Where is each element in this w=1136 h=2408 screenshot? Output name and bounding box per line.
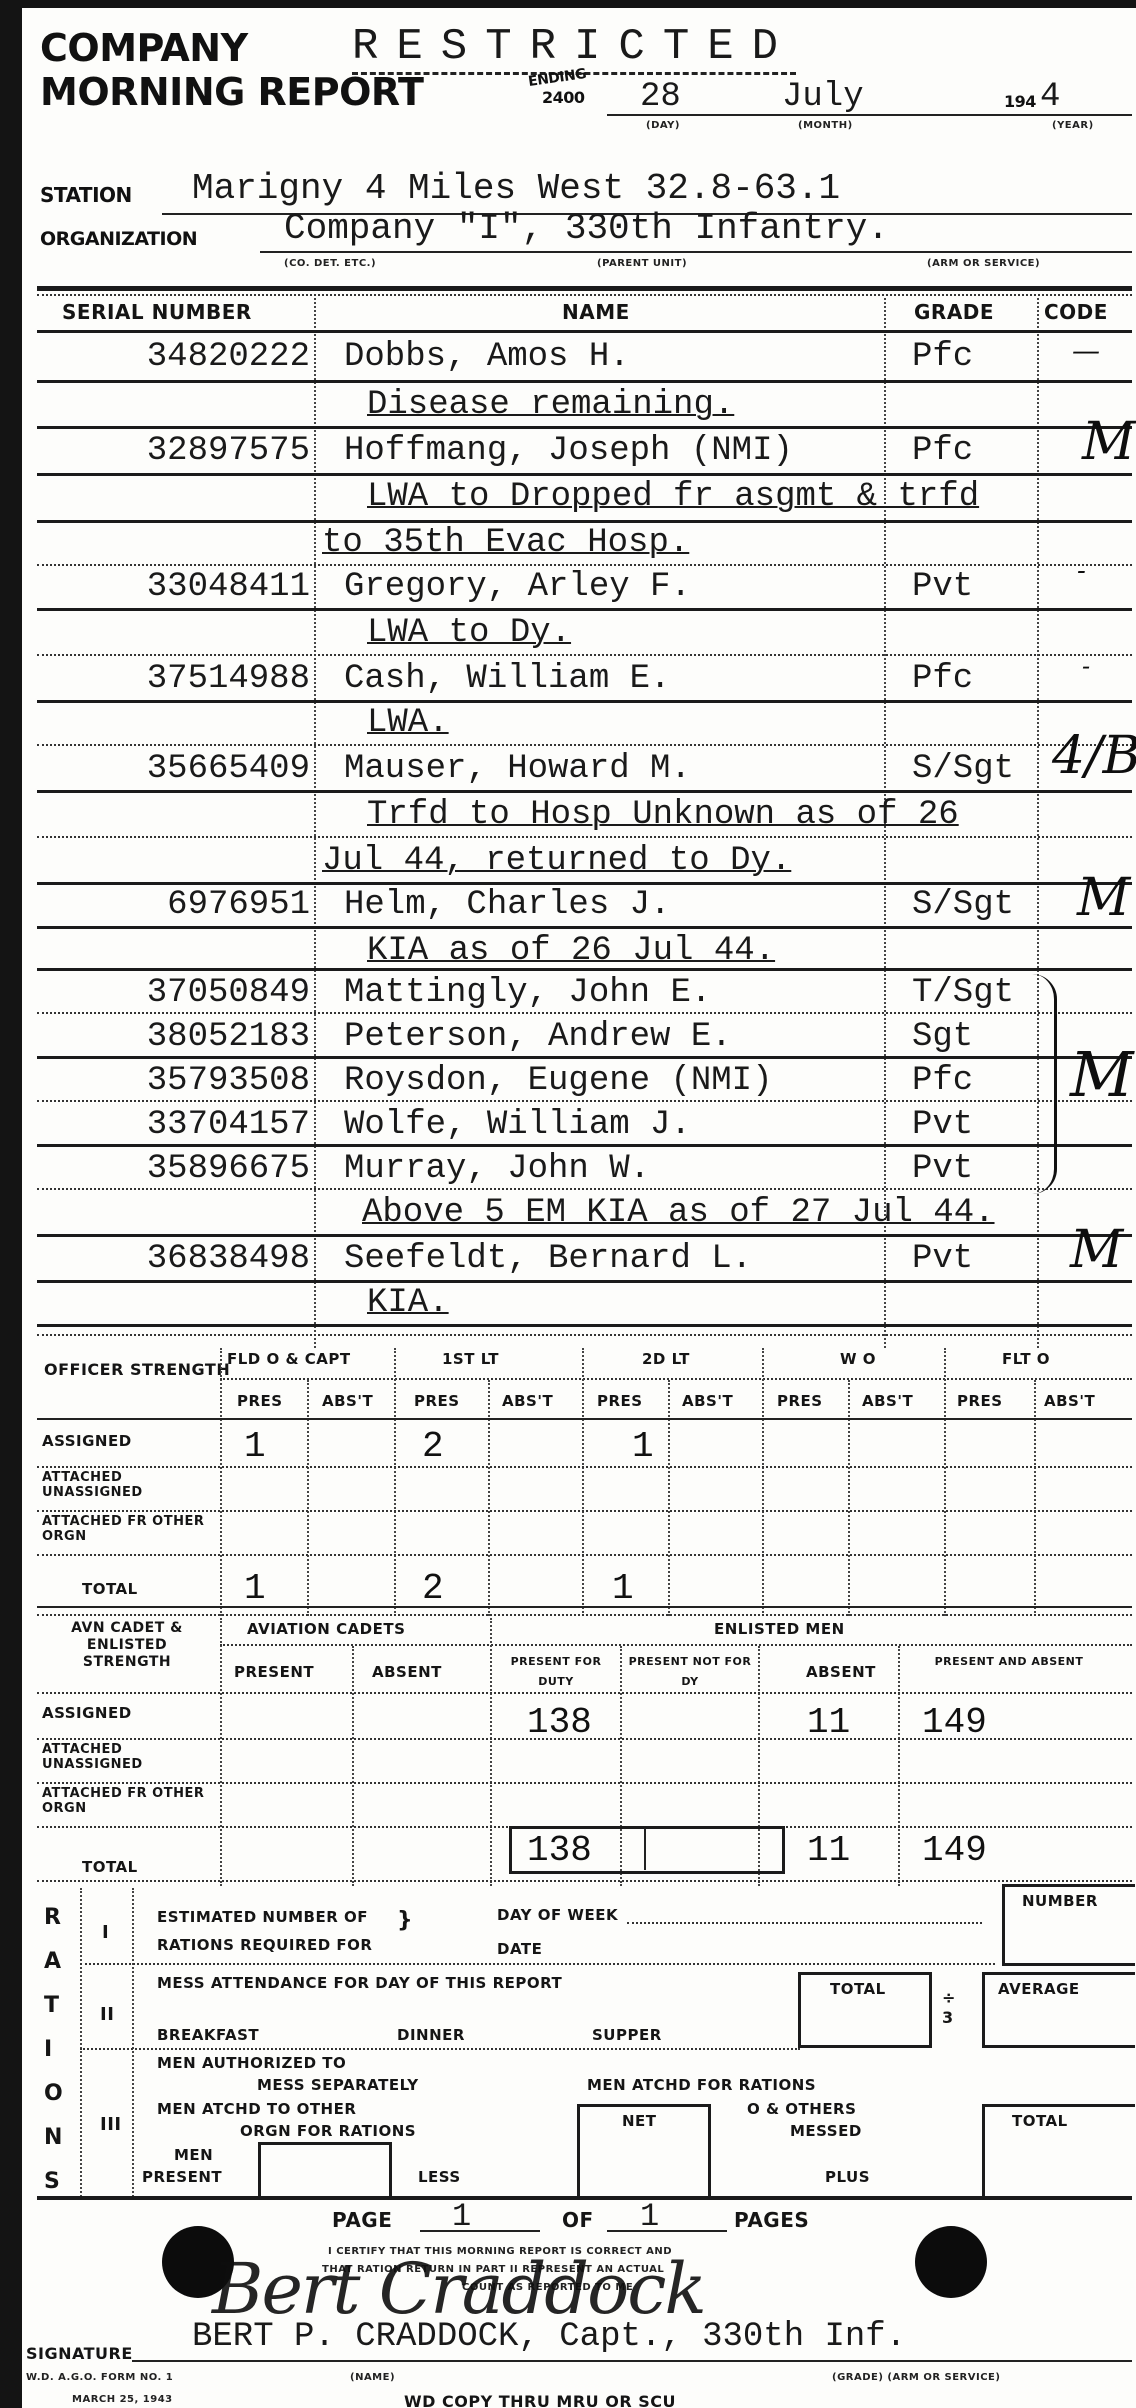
divisor: 3: [942, 2008, 954, 2027]
soldier-name: Peterson, Andrew E.: [344, 1018, 732, 1056]
cell-absent-total: 11: [807, 1830, 850, 1871]
grade: Sgt: [912, 1018, 973, 1056]
serial-number: 35665409: [80, 750, 310, 788]
enlisted-strength-title: AVN CADET & ENLISTED STRENGTH: [42, 1620, 212, 1671]
caption-grade-arm: (GRADE) (ARM OR SERVICE): [832, 2372, 1000, 2383]
code-mark: 4/B: [1052, 726, 1136, 786]
remark-line: Disease remaining.: [367, 386, 734, 424]
serial-number: 33704157: [80, 1106, 310, 1144]
serial-number: 37050849: [80, 974, 310, 1012]
row-label-total: TOTAL: [82, 1580, 138, 1598]
form-title-morning-report: MORNING REPORT: [40, 70, 423, 114]
serial-number: 37514988: [80, 660, 310, 698]
caption-parent-unit: (PARENT UNIT): [597, 258, 687, 269]
remark-line: Trfd to Hosp Unknown as of 26: [367, 796, 959, 834]
soldier-name: Roysdon, Eugene (NMI): [344, 1062, 772, 1100]
cell-present-for-duty-total: 138: [527, 1830, 592, 1871]
cell-fld-pres-total: 1: [244, 1568, 266, 1609]
cell-1stlt-pres-assigned: 2: [422, 1426, 444, 1467]
serial-number: 32897575: [80, 432, 310, 470]
soldier-name: Mauser, Howard M.: [344, 750, 691, 788]
signature-label: SIGNATURE: [26, 2344, 133, 2363]
grade: T/Sgt: [912, 974, 1014, 1012]
section-ii-numeral: II: [100, 2004, 114, 2025]
code-mark: M: [1070, 1220, 1123, 1280]
signer-typed-name: BERT P. CRADDOCK, Capt., 330th Inf.: [192, 2318, 906, 2356]
subcol-pres: PRES: [957, 1392, 1003, 1410]
report-month: July: [782, 78, 864, 116]
less-label: LESS: [418, 2168, 461, 2186]
serial-number: 35896675: [80, 1150, 310, 1188]
time-label: 2400: [542, 88, 585, 107]
grade: Pvt: [912, 1106, 973, 1144]
report-year-digit: 4: [1040, 78, 1060, 116]
remark-line: to 35th Evac Hosp.: [322, 524, 689, 562]
grade: Pfc: [912, 338, 973, 376]
officer-strength-title: OFFICER STRENGTH: [44, 1360, 214, 1379]
caption-co-det: (CO. DET. ETC.): [284, 258, 376, 269]
others-messed-line1: O & OTHERS: [747, 2100, 856, 2118]
serial-number: 34820222: [80, 338, 310, 376]
remark-line: LWA to Dy.: [367, 614, 571, 652]
estimated-rations-line2: RATIONS REQUIRED FOR: [157, 1936, 372, 1954]
cell-present-for-duty-assigned: 138: [527, 1702, 592, 1743]
subcol-abst: ABS'T: [322, 1392, 373, 1410]
cell-2dlt-pres-assigned: 1: [632, 1426, 654, 1467]
group-code-mark: M: [1070, 1038, 1133, 1111]
grade: Pvt: [912, 568, 973, 606]
soldier-name: Hoffmang, Joseph (NMI): [344, 432, 793, 470]
section-i-numeral: I: [102, 1922, 109, 1943]
station-value: Marigny 4 Miles West 32.8-63.1: [192, 168, 840, 209]
organization-value: Company "I", 330th Infantry.: [284, 208, 889, 249]
average-label: AVERAGE: [998, 1980, 1080, 1998]
of-label: OF: [562, 2208, 594, 2232]
serial-number: 33048411: [80, 568, 310, 606]
supper-label: SUPPER: [592, 2026, 662, 2044]
col-absent: ABSENT: [806, 1663, 876, 1681]
subcol-pres: PRES: [237, 1392, 283, 1410]
year-caption: (YEAR): [1052, 120, 1094, 131]
subcol-abst: ABS'T: [1044, 1392, 1095, 1410]
col-cadets-absent: ABSENT: [372, 1663, 442, 1681]
men-atchd-other-line2: ORGN FOR RATIONS: [240, 2122, 416, 2140]
group-1st-lt: 1ST LT: [442, 1350, 499, 1368]
row-label-total: TOTAL: [82, 1858, 138, 1876]
estimated-rations-line1: ESTIMATED NUMBER OF: [157, 1908, 368, 1926]
men-authorized-line2: MESS SEPARATELY: [257, 2076, 419, 2094]
group-enlisted-men: ENLISTED MEN: [714, 1620, 845, 1638]
cell-present-absent-total: 149: [922, 1830, 987, 1871]
code-mark: -: [1077, 556, 1086, 586]
date-label: DATE: [497, 1940, 542, 1958]
brace-mark: }: [397, 1908, 413, 1933]
soldier-name: Gregory, Arley F.: [344, 568, 691, 606]
group-2d-lt: 2D LT: [642, 1350, 690, 1368]
day-caption: (DAY): [646, 120, 680, 131]
soldier-name: Murray, John W.: [344, 1150, 650, 1188]
year-prefix: 194: [1004, 92, 1036, 111]
punch-hole-right: [915, 2226, 987, 2298]
serial-number: 36838498: [80, 1240, 310, 1278]
dinner-label: DINNER: [397, 2026, 465, 2044]
row-label-assigned: ASSIGNED: [42, 1432, 132, 1450]
col-header-grade: GRADE: [914, 300, 994, 324]
form-date: MARCH 25, 1943: [72, 2394, 173, 2405]
rations-total-label: TOTAL: [1012, 2112, 1068, 2130]
serial-number: 6976951: [80, 886, 310, 924]
group-aviation-cadets: AVIATION CADETS: [247, 1620, 405, 1638]
row-label-attached-other: ATTACHED FR OTHER ORGN: [42, 1514, 212, 1544]
soldier-name: Dobbs, Amos H.: [344, 338, 630, 376]
code-mark: -: [1082, 652, 1090, 680]
remark-line: KIA as of 26 Jul 44.: [367, 932, 775, 970]
men-present-box[interactable]: [258, 2142, 392, 2197]
row-label-attached-unassigned: ATTACHED UNASSIGNED: [42, 1742, 212, 1772]
form-title-company: COMPANY: [40, 26, 248, 70]
mess-total-label: TOTAL: [830, 1980, 886, 1998]
soldier-name: Mattingly, John E.: [344, 974, 711, 1012]
page-label: PAGE: [332, 2208, 392, 2232]
code-mark: M: [1082, 412, 1135, 472]
code-mark: —: [1072, 334, 1100, 367]
subcol-abst: ABS'T: [862, 1392, 913, 1410]
subcol-pres: PRES: [597, 1392, 643, 1410]
scan-left-border: [0, 0, 22, 2408]
grade: S/Sgt: [912, 750, 1014, 788]
col-present-and-absent: PRESENT AND ABSENT: [934, 1652, 1084, 1672]
men-authorized-line1: MEN AUTHORIZED TO: [157, 2054, 346, 2072]
col-present-for-duty: PRESENT FOR DUTY: [500, 1652, 612, 1692]
grade: Pvt: [912, 1240, 973, 1278]
caption-arm-service: (ARM OR SERVICE): [927, 258, 1040, 269]
cell-fld-pres-assigned: 1: [244, 1426, 266, 1467]
cell-absent-assigned: 11: [807, 1702, 850, 1743]
men-present-line1: MEN: [174, 2146, 213, 2164]
subcol-pres: PRES: [777, 1392, 823, 1410]
col-cadets-present: PRESENT: [234, 1663, 314, 1681]
group-wo: W O: [840, 1350, 876, 1368]
code-mark: M: [1077, 868, 1130, 928]
remark-line: Jul 44, returned to Dy.: [322, 842, 791, 880]
col-header-code: CODE: [1044, 300, 1108, 324]
soldier-name: Cash, William E.: [344, 660, 670, 698]
pages-label: PAGES: [734, 2208, 809, 2232]
page-number: 1: [452, 2198, 471, 2235]
organization-label: ORGANIZATION: [40, 228, 197, 250]
cell-present-absent-assigned: 149: [922, 1702, 987, 1743]
row-label-attached-other: ATTACHED FR OTHER ORGN: [42, 1786, 212, 1816]
remark-line: Above 5 EM KIA as of 27 Jul 44.: [362, 1194, 995, 1232]
grade: Pfc: [912, 432, 973, 470]
grade: Pfc: [912, 660, 973, 698]
plus-label: PLUS: [825, 2168, 870, 2186]
men-present-line2: PRESENT: [142, 2168, 222, 2186]
grade: Pvt: [912, 1150, 973, 1188]
report-day: 28: [640, 78, 681, 116]
serial-number: 35793508: [80, 1062, 310, 1100]
soldier-name: Seefeldt, Bernard L.: [344, 1240, 752, 1278]
cell-2dlt-pres-total: 1: [612, 1568, 634, 1609]
group-fld-o-capt: FLD O & CAPT: [227, 1350, 351, 1368]
soldier-name: Helm, Charles J.: [344, 886, 670, 924]
station-label: STATION: [40, 183, 132, 207]
morning-report-form: COMPANY MORNING REPORT RESTRICTED ENDING…: [22, 8, 1136, 2408]
row-label-assigned: ASSIGNED: [42, 1704, 132, 1722]
col-header-name: NAME: [562, 300, 630, 324]
cell-1stlt-pres-total: 2: [422, 1568, 444, 1609]
routing-instruction: WD COPY THRU MRU OR SCU: [404, 2392, 676, 2408]
number-box-label: NUMBER: [1022, 1892, 1098, 1910]
divide-sign: ÷: [942, 1988, 956, 2007]
subcol-abst: ABS'T: [502, 1392, 553, 1410]
month-caption: (MONTH): [798, 120, 853, 131]
remark-line: LWA.: [367, 704, 449, 742]
col-header-serial: SERIAL NUMBER: [62, 300, 252, 324]
serial-number: 38052183: [80, 1018, 310, 1056]
remark-line: LWA to Dropped fr asgmt & trfd: [367, 478, 979, 516]
grade: Pfc: [912, 1062, 973, 1100]
form-number: W.D. A.G.O. FORM NO. 1: [26, 2372, 173, 2383]
caption-name: (NAME): [350, 2372, 395, 2383]
men-atchd-for-rations: MEN ATCHD FOR RATIONS: [587, 2076, 816, 2094]
men-atchd-other-line1: MEN ATCHD TO OTHER: [157, 2100, 356, 2118]
section-iii-numeral: III: [100, 2114, 122, 2135]
breakfast-label: BREAKFAST: [157, 2026, 259, 2044]
subcol-pres: PRES: [414, 1392, 460, 1410]
col-present-not-for-duty: PRESENT NOT FOR DY: [628, 1652, 752, 1692]
remark-line: KIA.: [367, 1284, 449, 1322]
row-label-attached-unassigned: ATTACHED UNASSIGNED: [42, 1470, 212, 1500]
group-bracket-mark: [1032, 974, 1057, 1194]
others-messed-line2: MESSED: [790, 2122, 862, 2140]
rations-side-label: RATIONS: [44, 1896, 64, 2204]
group-flt-o: FLT O: [1002, 1350, 1050, 1368]
mess-attendance-title: MESS ATTENDANCE FOR DAY OF THIS REPORT: [157, 1974, 562, 1992]
subcol-abst: ABS'T: [682, 1392, 733, 1410]
grade: S/Sgt: [912, 886, 1014, 924]
soldier-name: Wolfe, William J.: [344, 1106, 691, 1144]
page-total: 1: [640, 2198, 659, 2235]
day-of-week-label: DAY OF WEEK: [497, 1906, 618, 1924]
net-label: NET: [622, 2112, 657, 2130]
